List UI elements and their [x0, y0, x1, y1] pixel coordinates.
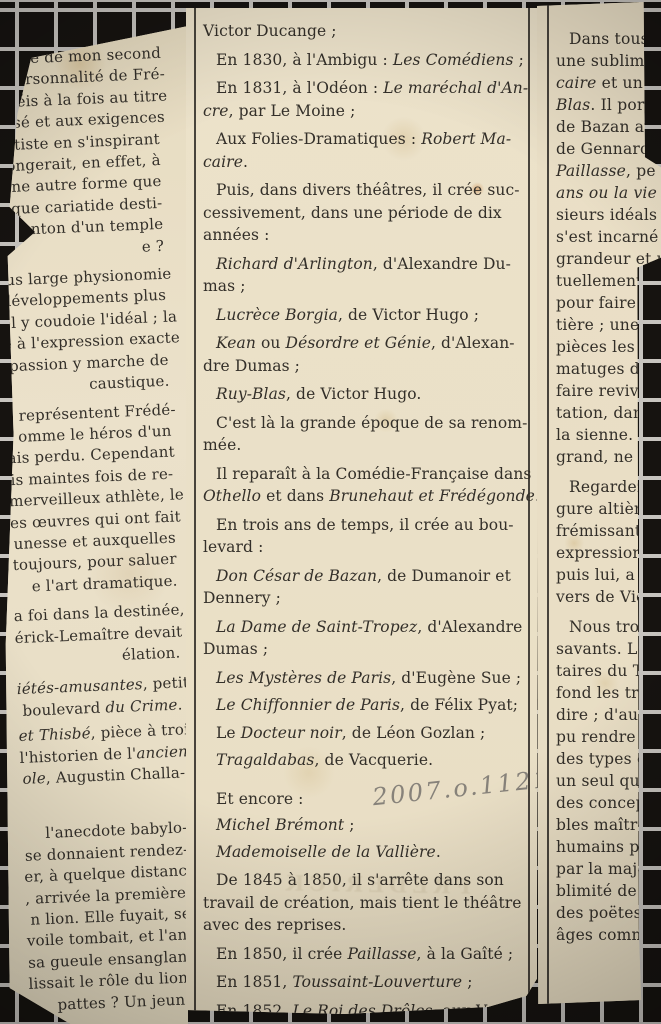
- text-line: tière ; une a: [556, 314, 661, 336]
- text-line: tuellement c: [556, 270, 661, 292]
- text-line: fond les tradi: [556, 682, 661, 704]
- text-line: Mademoiselle de la Vallière.: [203, 841, 525, 864]
- text-line: La Dame de Saint-Tropez, d'Alexandre: [203, 616, 525, 639]
- text-line: Paillasse, pe: [556, 160, 661, 182]
- text-line: blimité de le: [556, 880, 661, 902]
- text-line: pièces les pl: [556, 336, 661, 358]
- text-line: En 1852, Le Roi des Drôles, aux Varié-: [203, 1000, 525, 1023]
- text-line: C'est là la grande époque de sa renom-: [203, 412, 525, 435]
- newspaper-clipping-left: e type de mon seconde personnalité de Fr…: [0, 24, 188, 1024]
- text-line: dire ; d'autres: [556, 704, 661, 726]
- text-line: Blas. Il porte: [556, 94, 661, 116]
- text-line: levard :: [203, 536, 525, 559]
- text-line: De 1845 à 1850, il s'arrête dans son: [203, 869, 525, 892]
- text-line: Il reparaît à la Comédie-Française dans: [203, 463, 525, 486]
- text-line: Tragaldabas, de Vacquerie.: [203, 749, 525, 772]
- text-line: vers de Victo: [556, 586, 661, 608]
- text-line: grandeur et u: [556, 248, 661, 270]
- text-line: Victor Ducange ;: [203, 20, 525, 43]
- text-line: Richard d'Arlington, d'Alexandre Du-: [203, 253, 525, 276]
- text-line: cessivement, dans une période de dix: [203, 202, 525, 225]
- text-line: cre, par Le Moine ;: [203, 100, 525, 123]
- text-line: Le Docteur noir, de Léon Gozlan ;: [203, 722, 525, 745]
- text-line: des poëtes d: [556, 902, 661, 924]
- text-line: Dennery ;: [203, 587, 525, 610]
- text-line: tation, dans: [556, 402, 661, 424]
- text-line: Le Chiffonnier de Paris, de Félix Pyat;: [203, 694, 525, 717]
- text-line: de Gennaro.: [556, 138, 661, 160]
- left-column-text: e type de mon seconde personnalité de Fr…: [0, 20, 208, 1017]
- text-line: bles maîtres: [556, 814, 661, 836]
- newspaper-clipping-middle: FREDERICK Victor Ducange ;En 1830, à l'A…: [186, 8, 537, 1014]
- text-line: expression d: [556, 542, 661, 564]
- text-line: années :: [203, 224, 525, 247]
- text-line: avec des reprises.: [203, 914, 525, 937]
- text-line: sieurs idéals: [556, 204, 661, 226]
- text-line: dre Dumas ;: [203, 355, 525, 378]
- text-line: caire et un idé: [556, 72, 661, 94]
- text-line: faire revivre: [556, 380, 661, 402]
- text-line: par la majest: [556, 858, 661, 880]
- text-line: Regardez: [556, 476, 661, 498]
- text-line: des types co: [556, 748, 661, 770]
- text-line: Othello et dans Brunehaut et Frédégonde.: [203, 485, 525, 508]
- text-line: Aux Folies-Dramatiques : Robert Ma-: [203, 128, 525, 151]
- text-line: puis lui, a pu: [556, 564, 661, 586]
- text-line: une sublime: [556, 50, 661, 72]
- right-column-text: Dans tous lune sublimecaire et un idéBla…: [537, 2, 661, 946]
- text-line: Lucrèce Borgia, de Victor Hugo ;: [203, 304, 525, 327]
- text-line: mas ;: [203, 275, 525, 298]
- text-line: ans ou la vie: [556, 182, 661, 204]
- text-line: Ruy-Blas, de Victor Hugo.: [203, 383, 525, 406]
- text-line: Les Mystères de Paris, d'Eugène Sue ;: [203, 667, 525, 690]
- text-line: de Bazan ave: [556, 116, 661, 138]
- text-line: caire.: [203, 151, 525, 174]
- text-line: Dumas ;: [203, 638, 525, 661]
- text-line: humains pers: [556, 836, 661, 858]
- text-line: En 1851, Toussaint-Louverture ;: [203, 971, 525, 994]
- photo-backdrop-grid-mat: e type de mon seconde personnalité de Fr…: [0, 0, 661, 1024]
- text-line: mée.: [203, 434, 525, 457]
- middle-column-text: Victor Ducange ;En 1830, à l'Ambigu : Le…: [186, 8, 537, 1022]
- text-line: frémissante.: [556, 520, 661, 542]
- text-line: e ?: [0, 235, 165, 263]
- text-line: En 1830, à l'Ambigu : Les Comédiens ;: [203, 49, 525, 72]
- text-line: Nous trouv: [556, 616, 661, 638]
- text-line: Dans tous l: [556, 28, 661, 50]
- text-line: matuges du: [556, 358, 661, 380]
- text-line: En 1831, à l'Odéon : Le maréchal d'An-: [203, 77, 525, 100]
- text-line: la sienne. Ta: [556, 424, 661, 446]
- text-line: travail de création, mais tient le théât…: [203, 892, 525, 915]
- text-line: Kean ou Désordre et Génie, d'Alexan-: [203, 332, 525, 355]
- text-line: pu rendre a: [556, 726, 661, 748]
- text-line: taires du Thé: [556, 660, 661, 682]
- text-line: savants. Les: [556, 638, 661, 660]
- text-line: En trois ans de temps, il crée au bou-: [203, 514, 525, 537]
- text-line: gure altière,: [556, 498, 661, 520]
- text-line: Don César de Bazan, de Dumanoir et: [203, 565, 525, 588]
- text-line: s'est incarné: [556, 226, 661, 248]
- text-line: grand, ne fut: [556, 446, 661, 468]
- text-line: Michel Brémont ;: [203, 814, 525, 837]
- text-line: âges comme: [556, 924, 661, 946]
- text-line: En 1850, il crée Paillasse, à la Gaîté ;: [203, 943, 525, 966]
- newspaper-clipping-right: Dans tous lune sublimecaire et un idéBla…: [537, 2, 661, 1004]
- text-line: pour faire tr: [556, 292, 661, 314]
- text-line: un seul qui: [556, 770, 661, 792]
- text-line: Puis, dans divers théâtres, il crée suc-: [203, 179, 525, 202]
- text-line: des concepti: [556, 792, 661, 814]
